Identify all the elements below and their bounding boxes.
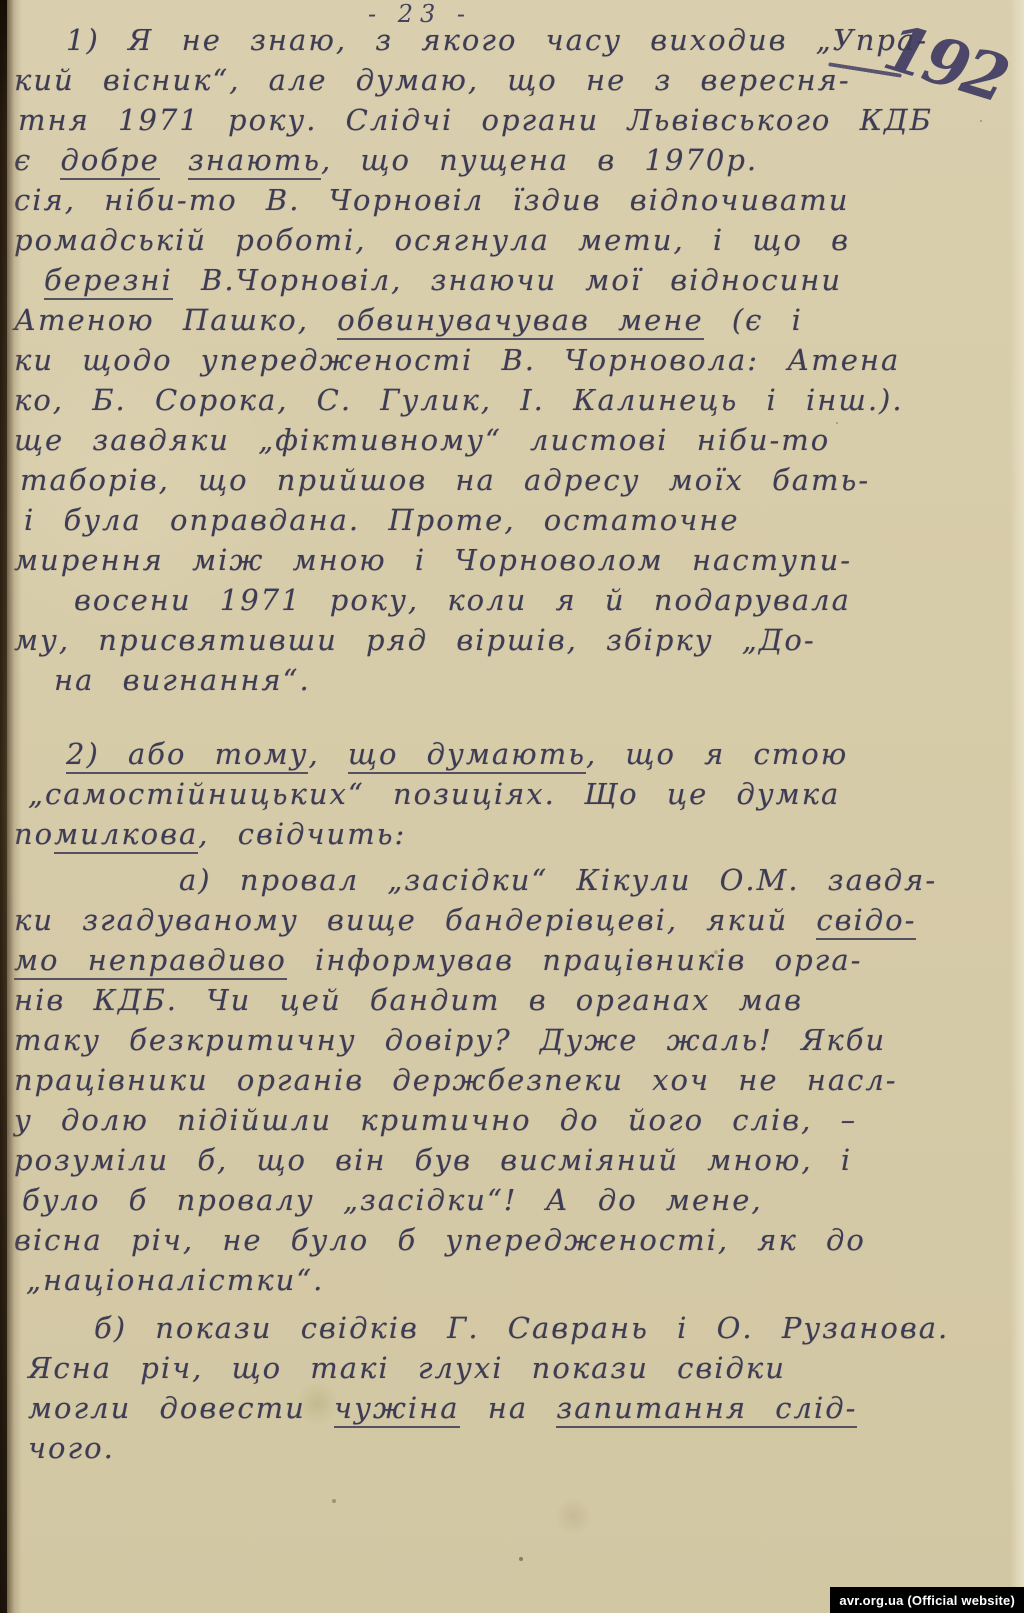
handwritten-text: му, присвятивши ряд віршів, збірку „До-: [14, 623, 816, 657]
handwritten-text: таку безкритичну довіру? Дуже жаль! Якби: [14, 1023, 886, 1057]
watermark-label: avr.org.ua (Official website): [839, 1593, 1015, 1608]
manuscript-line: нів КДБ. Чи цей бандит в органах мав: [14, 980, 1014, 1020]
handwritten-text: на: [460, 1391, 557, 1425]
manuscript-line: 1) Я не знаю, з якого часу виходив „Упра…: [14, 20, 1014, 60]
underlined-phrase: добре: [60, 143, 159, 180]
manuscript-line: восени 1971 року, коли я й подарувала: [14, 580, 1014, 620]
handwritten-text: сія, ніби-то В. Чорновіл їздив відпочива…: [14, 183, 849, 217]
manuscript-line: і була оправдана. Проте, остаточне: [14, 500, 1014, 540]
underlined-phrase: запитання слід-: [556, 1391, 857, 1428]
manuscript-line: тня 1971 року. Слідчі органи Львівського…: [14, 100, 1014, 140]
manuscript-line: розуміли б, що він був висміяний мною, і: [14, 1140, 1014, 1180]
manuscript-line: чого.: [14, 1428, 1014, 1468]
handwritten-text: кий вісник“, але думаю, що не з вересня-: [14, 63, 851, 97]
manuscript-line: мо неправдиво інформував працівників орг…: [14, 940, 1014, 980]
manuscript-line: могли довести чужіна на запитання слід-: [14, 1388, 1014, 1428]
handwritten-text: „націоналістки“.: [26, 1263, 324, 1297]
handwritten-text: вісна річ, не було б упередженості, як д…: [14, 1223, 866, 1257]
underlined-phrase: березні: [44, 263, 173, 300]
manuscript-line: таборів, що прийшов на адресу моїх бать-: [14, 460, 1014, 500]
underlined-phrase: чужіна: [334, 1391, 460, 1428]
manuscript-line: березні В.Чорновіл, знаючи мої відносини: [14, 260, 1014, 300]
handwritten-text: було б провалу „засідки“! А до мене,: [22, 1183, 763, 1217]
manuscript-line: „самостійницьких“ позиціях. Що це думка: [14, 774, 1014, 814]
handwritten-text: Ясна річ, що такі глухі покази свідки: [28, 1351, 786, 1385]
manuscript-line: 2) або тому, що думають, що я стою: [14, 734, 1014, 774]
handwritten-text: працівники органів держбезпеки хоч не на…: [14, 1063, 898, 1097]
handwritten-text: , що пущена в 1970р.: [321, 143, 758, 177]
handwritten-text: на вигнання“.: [54, 663, 311, 697]
handwritten-text: (є і: [704, 303, 803, 337]
handwritten-text: тня 1971 року. Слідчі органи Львівського…: [18, 103, 933, 137]
manuscript-line: ко, Б. Сорока, С. Гулик, І. Калинець і і…: [14, 380, 1014, 420]
manuscript-line: му, присвятивши ряд віршів, збірку „До-: [14, 620, 1014, 660]
manuscript-line: ромадській роботі, осягнула мети, і що в: [14, 220, 1014, 260]
handwritten-text: 1) Я не знаю, з якого часу виходив „Упра…: [66, 23, 928, 57]
handwritten-text: чого.: [28, 1431, 115, 1465]
manuscript-line: помилкова, свідчить:: [14, 814, 1014, 854]
underlined-phrase: мо неправдиво: [14, 943, 287, 980]
handwritten-text: , що я стою: [586, 737, 848, 771]
handwritten-text: [160, 143, 188, 177]
manuscript-lines: 1) Я не знаю, з якого часу виходив „Упра…: [14, 20, 1014, 1468]
handwritten-text: ки згадуваному вище бандерівцеві, який: [14, 903, 816, 937]
underlined-phrase: обвинувачував мене: [337, 303, 703, 340]
handwritten-text: інформував працівників орга-: [287, 943, 863, 977]
left-edge-dark-strip: [0, 0, 7, 1613]
handwritten-text: ко, Б. Сорока, С. Гулик, І. Калинець і і…: [14, 383, 904, 417]
handwritten-text: ромадській роботі, осягнула мети, і що в: [14, 223, 850, 257]
underlined-phrase: свідо-: [816, 903, 916, 940]
handwritten-text: і була оправдана. Проте, остаточне: [24, 503, 740, 537]
handwritten-text: таборів, що прийшов на адресу моїх бать-: [20, 463, 870, 497]
underlined-phrase: милкова: [54, 817, 198, 854]
manuscript-line: ки щодо упередженості В. Чорновола: Атен…: [14, 340, 1014, 380]
handwritten-text: могли довести: [28, 1391, 334, 1425]
handwritten-text: В.Чорновіл, знаючи мої відносини: [173, 263, 842, 297]
handwritten-text: восени 1971 року, коли я й подарувала: [74, 583, 851, 617]
manuscript-line: є добре знають, що пущена в 1970р.: [14, 140, 1014, 180]
manuscript-text: 1) Я не знаю, з якого часу виходив „Упра…: [14, 20, 1014, 1468]
manuscript-line: мирення між мною і Чорноволом наступи-: [14, 540, 1014, 580]
manuscript-line: кий вісник“, але думаю, що не з вересня-: [14, 60, 1014, 100]
manuscript-line: а) провал „засідки“ Кікули О.М. завдя-: [14, 860, 1014, 900]
manuscript-line: було б провалу „засідки“! А до мене,: [14, 1180, 1014, 1220]
handwritten-text: а) провал „засідки“ Кікули О.М. завдя-: [179, 863, 937, 897]
manuscript-line: працівники органів держбезпеки хоч не на…: [14, 1060, 1014, 1100]
handwritten-text: , свідчить:: [198, 817, 406, 851]
handwritten-text: розуміли б, що він був висміяний мною, і: [14, 1143, 852, 1177]
manuscript-line: сія, ніби-то В. Чорновіл їздив відпочива…: [14, 180, 1014, 220]
handwritten-text: б) покази свідків Г. Саврань і О. Рузано…: [94, 1311, 949, 1345]
handwritten-text: ,: [308, 737, 347, 771]
right-edge-highlight: [1010, 0, 1024, 1613]
handwritten-text: у долю підійшли критично до його слів, –: [14, 1103, 857, 1137]
manuscript-line: Ясна річ, що такі глухі покази свідки: [14, 1348, 1014, 1388]
handwritten-text: ще завдяки „фіктивному“ листові ніби-то: [14, 423, 830, 457]
manuscript-line: „націоналістки“.: [14, 1260, 1014, 1300]
handwritten-text: нів КДБ. Чи цей бандит в органах мав: [14, 983, 803, 1017]
underlined-phrase: знають: [188, 143, 321, 180]
manuscript-line: на вигнання“.: [14, 660, 1014, 700]
manuscript-line: вісна річ, не було б упередженості, як д…: [14, 1220, 1014, 1260]
manuscript-line: Атеною Пашко, обвинувачував мене (є і: [14, 300, 1014, 340]
manuscript-line: ще завдяки „фіктивному“ листові ніби-то: [14, 420, 1014, 460]
handwritten-text: ки щодо упередженості В. Чорновола: Атен…: [14, 343, 900, 377]
underlined-phrase: що думають: [348, 737, 586, 774]
handwritten-text: Атеною Пашко,: [14, 303, 337, 337]
handwritten-text: мирення між мною і Чорноволом наступи-: [14, 543, 852, 577]
manuscript-line: таку безкритичну довіру? Дуже жаль! Якби: [14, 1020, 1014, 1060]
handwritten-text: „самостійницьких“ позиціях. Що це думка: [28, 777, 840, 811]
manuscript-line: у долю підійшли критично до його слів, –: [14, 1100, 1014, 1140]
underlined-phrase: 2) або тому: [66, 737, 308, 774]
manuscript-line: б) покази свідків Г. Саврань і О. Рузано…: [14, 1308, 1014, 1348]
watermark-bar: avr.org.ua (Official website): [830, 1587, 1024, 1613]
scanned-manuscript-page: - 23 - 192 1) Я не знаю, з якого часу ви…: [0, 0, 1024, 1613]
manuscript-line: ки згадуваному вище бандерівцеві, який с…: [14, 900, 1014, 940]
